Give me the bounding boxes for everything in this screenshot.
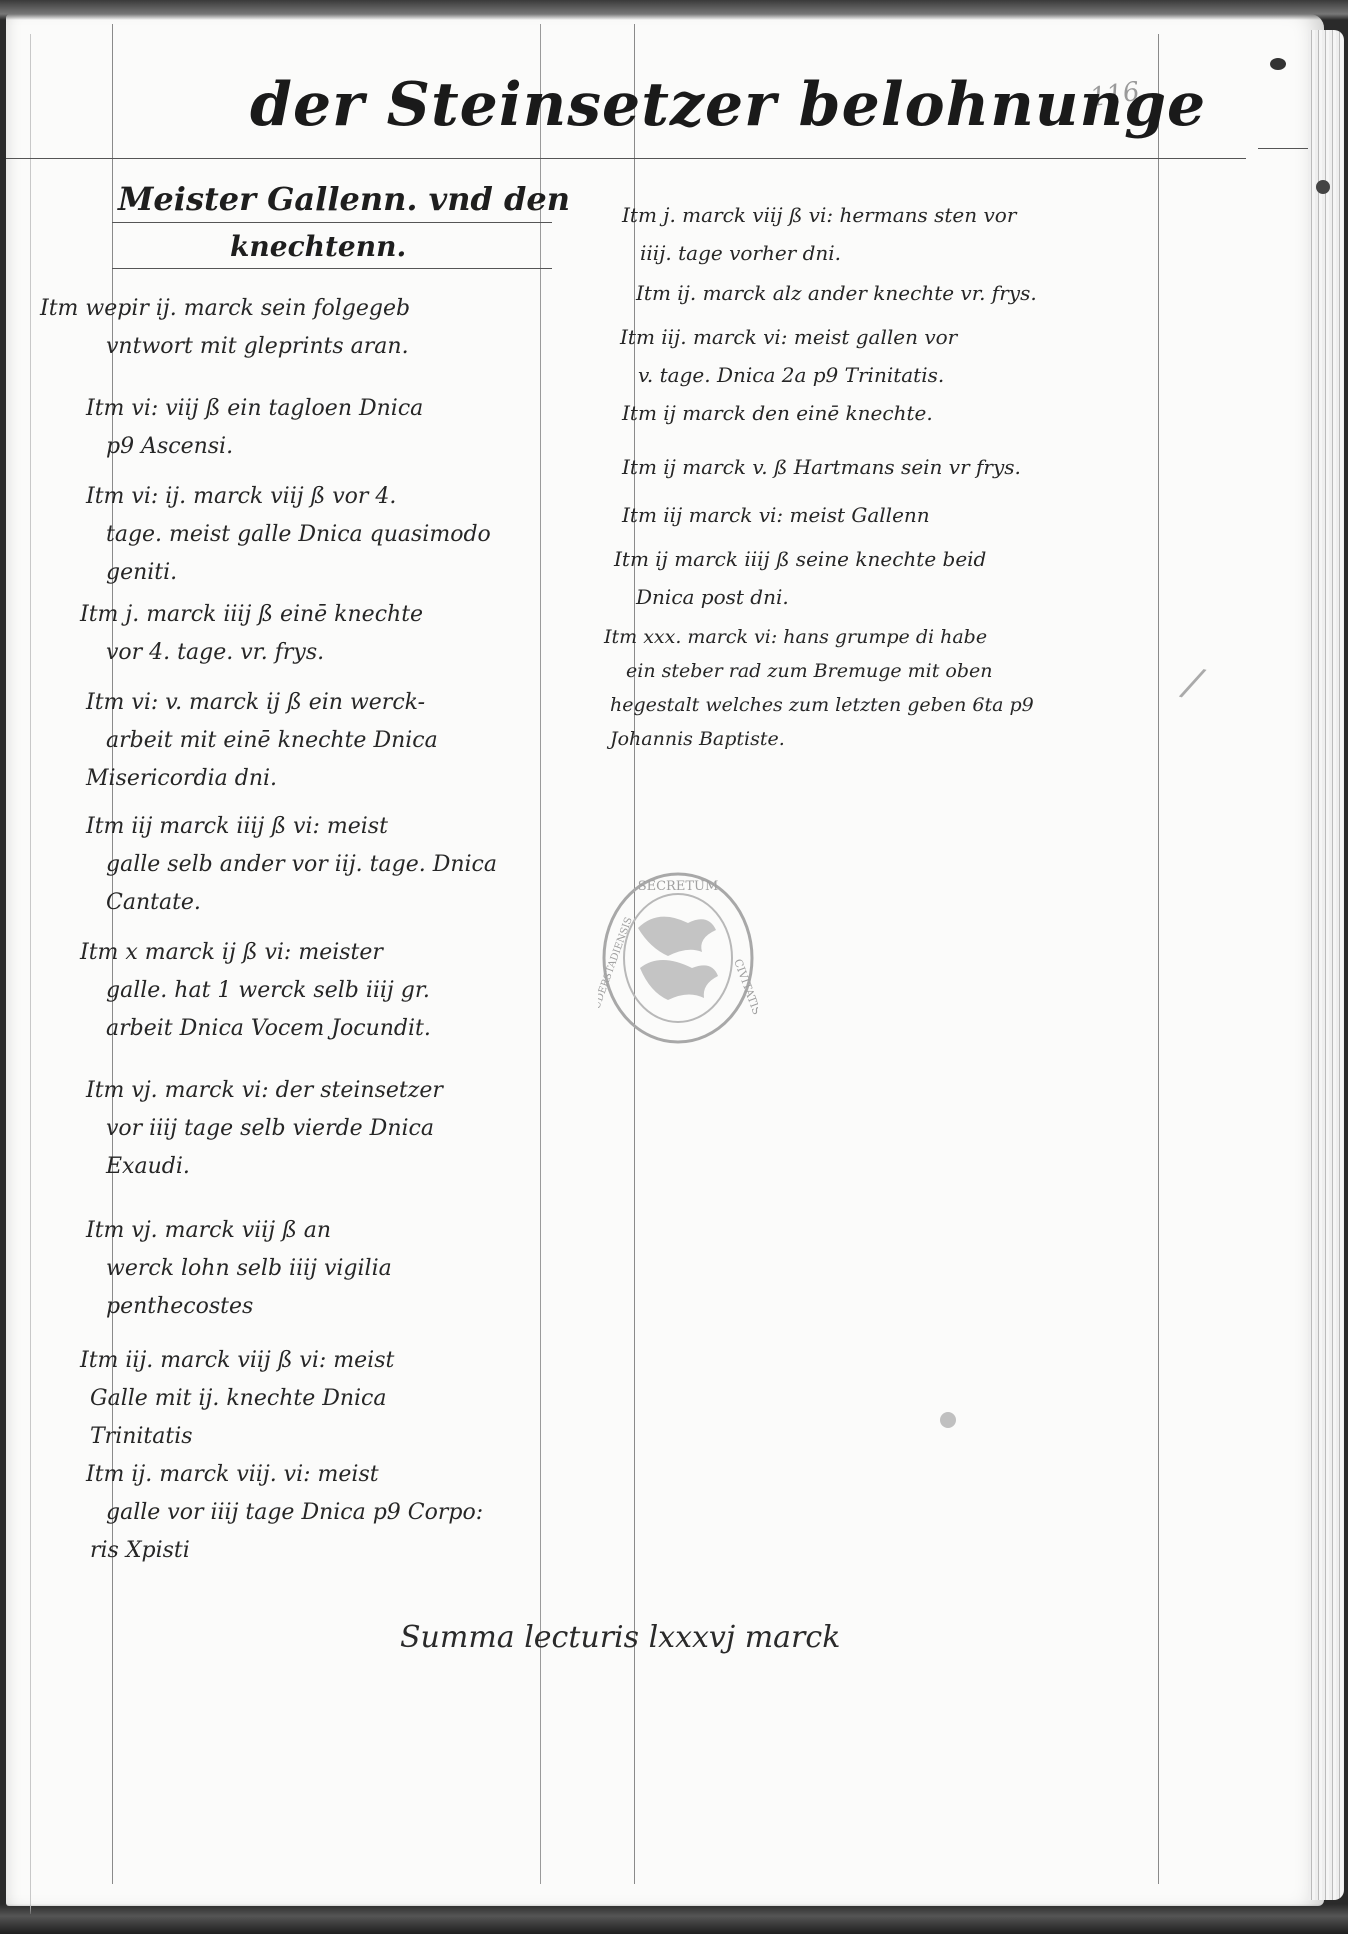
entry-line: Itm vi: v. marck ij ß ein werck- — [86, 684, 556, 722]
entry-line: ris Xpisti — [86, 1532, 556, 1570]
ruling-heading-underline-2 — [112, 268, 552, 269]
entry-line: ein steber rad zum Bremuge mit oben — [604, 654, 1204, 688]
entry-line: penthecostes — [86, 1288, 556, 1326]
entry-line: p9 Ascensi. — [86, 428, 556, 466]
svg-text:SECRETUM: SECRETUM — [638, 879, 719, 894]
entry-line: Galle mit ij. knechte Dnica — [80, 1380, 560, 1418]
page-title: der Steinsetzer belohnunge — [250, 70, 1206, 140]
entry-line: Trinitatis — [80, 1418, 560, 1456]
left-column-heading-line1: Meister Gallenn. vnd den — [118, 180, 570, 218]
entry-line: Itm iij. marck viij ß vi: meist — [80, 1342, 560, 1380]
page-total: Summa lecturis lxxxvj marck — [400, 1620, 840, 1655]
bottom-page-edge-shadow — [0, 1904, 1348, 1934]
right-entry-6: Itm iij marck vi: meist Gallenn — [622, 496, 1162, 534]
right-entry-4: Itm ij marck den einē knechte. — [622, 394, 1162, 432]
top-page-edge-shadow — [0, 0, 1348, 20]
entry-line: Itm vj. marck vi: der steinsetzer — [86, 1072, 556, 1110]
entry-line: galle. hat 1 werck selb iiij gr. — [80, 972, 560, 1010]
right-entry-3: Itm iij. marck vi: meist gallen vor v. t… — [620, 318, 1180, 394]
left-entry-3: Itm vi: ij. marck viij ß vor 4. tage. me… — [86, 478, 556, 592]
ruling-heading-underline-1 — [112, 222, 552, 223]
left-entry-8: Itm vj. marck vi: der steinsetzer vor ii… — [86, 1072, 556, 1186]
entry-line: Itm iij. marck vi: meist gallen vor — [620, 318, 1180, 356]
entry-line: vor 4. tage. vr. frys. — [80, 634, 560, 672]
library-seal-stamp: SECRETUM CIVITATIS DUDERSTADIENSIS — [598, 868, 758, 1048]
left-entry-5: Itm vi: v. marck ij ß ein werck- arbeit … — [86, 684, 556, 798]
entry-line: Misericordia dni. — [86, 760, 556, 798]
seal-icon: SECRETUM CIVITATIS DUDERSTADIENSIS — [598, 868, 758, 1048]
left-entry-2: Itm vi: viij ß ein tagloen Dnica p9 Asce… — [86, 390, 556, 466]
right-entry-7: Itm ij marck iiij ß seine knechte beid D… — [614, 540, 1174, 616]
entry-line: geniti. — [86, 554, 556, 592]
ruling-title-baseline — [6, 158, 1246, 159]
left-entry-10: Itm iij. marck viij ß vi: meist Galle mi… — [80, 1342, 560, 1456]
entry-line: Itm vi: viij ß ein tagloen Dnica — [86, 390, 556, 428]
entry-line: arbeit Dnica Vocem Jocundit. — [80, 1010, 560, 1048]
entry-line: Itm j. marck viij ß vi: hermans sten vor — [622, 196, 1182, 234]
right-entry-2: Itm ij. marck alz ander knechte vr. frys… — [636, 274, 1176, 312]
entry-line: Itm xxx. marck vi: hans grumpe di habe — [604, 620, 1204, 654]
entry-line: v. tage. Dnica 2a p9 Trinitatis. — [620, 356, 1180, 394]
left-entry-9: Itm vj. marck viij ß an werck lohn selb … — [86, 1212, 556, 1326]
entry-line: Itm x marck ij ß vi: meister — [80, 934, 560, 972]
entry-line: Itm ij marck den einē knechte. — [622, 394, 1162, 432]
ruling-right-top-tick — [1258, 148, 1308, 149]
ink-blot — [1316, 180, 1330, 194]
entry-line: Itm ij marck iiij ß seine knechte beid — [614, 540, 1174, 578]
page-stack-edge — [1308, 30, 1344, 1900]
entry-line: werck lohn selb iiij vigilia — [86, 1250, 556, 1288]
entry-line: Itm vj. marck viij ß an — [86, 1212, 556, 1250]
entry-line: Itm iij marck vi: meist Gallenn — [622, 496, 1162, 534]
svg-text:CIVITATIS: CIVITATIS — [731, 957, 758, 1016]
entry-line: arbeit mit einē knechte Dnica — [86, 722, 556, 760]
right-entry-5: Itm ij marck v. ß Hartmans sein vr frys. — [622, 448, 1182, 486]
entry-line: vor iiij tage selb vierde Dnica — [86, 1110, 556, 1148]
entry-line: Itm wepir ij. marck sein folgegeb — [40, 290, 560, 328]
entry-line: Itm j. marck iiij ß einē knechte — [80, 596, 560, 634]
right-entry-1: Itm j. marck viij ß vi: hermans sten vor… — [622, 196, 1182, 272]
entry-line: Exaudi. — [86, 1148, 556, 1186]
entry-line: Itm ij. marck viij. vi: meist — [86, 1456, 556, 1494]
entry-line: Itm iij marck iiij ß vi: meist — [86, 808, 556, 846]
entry-line: iiij. tage vorher dni. — [622, 234, 1182, 272]
entry-line: vntwort mit gleprints aran. — [40, 328, 560, 366]
right-entry-8: Itm xxx. marck vi: hans grumpe di habe e… — [604, 620, 1204, 756]
entry-line: Itm ij. marck alz ander knechte vr. frys… — [636, 274, 1176, 312]
left-entry-11: Itm ij. marck viij. vi: meist galle vor … — [86, 1456, 556, 1570]
left-column-heading-line2: knechtenn. — [230, 230, 406, 263]
paper-stain — [940, 1412, 956, 1428]
entry-line: galle vor iiij tage Dnica p9 Corpo: — [86, 1494, 556, 1532]
left-entry-6: Itm iij marck iiij ß vi: meist galle sel… — [86, 808, 556, 922]
entry-line: Dnica post dni. — [614, 578, 1174, 616]
left-entry-7: Itm x marck ij ß vi: meister galle. hat … — [80, 934, 560, 1048]
left-entry-1: Itm wepir ij. marck sein folgegeb vntwor… — [40, 290, 560, 366]
entry-line: hegestalt welches zum letzten geben 6ta … — [604, 688, 1204, 722]
entry-line: Johannis Baptiste. — [604, 722, 1204, 756]
ink-blot — [1270, 58, 1286, 70]
entry-line: Itm ij marck v. ß Hartmans sein vr frys. — [622, 448, 1182, 486]
entry-line: Cantate. — [86, 884, 556, 922]
page-spine-edge — [30, 34, 31, 1914]
entry-line: galle selb ander vor iij. tage. Dnica — [86, 846, 556, 884]
entry-line: tage. meist galle Dnica quasimodo — [86, 516, 556, 554]
entry-line: Itm vi: ij. marck viij ß vor 4. — [86, 478, 556, 516]
left-entry-4: Itm j. marck iiij ß einē knechte vor 4. … — [80, 596, 560, 672]
